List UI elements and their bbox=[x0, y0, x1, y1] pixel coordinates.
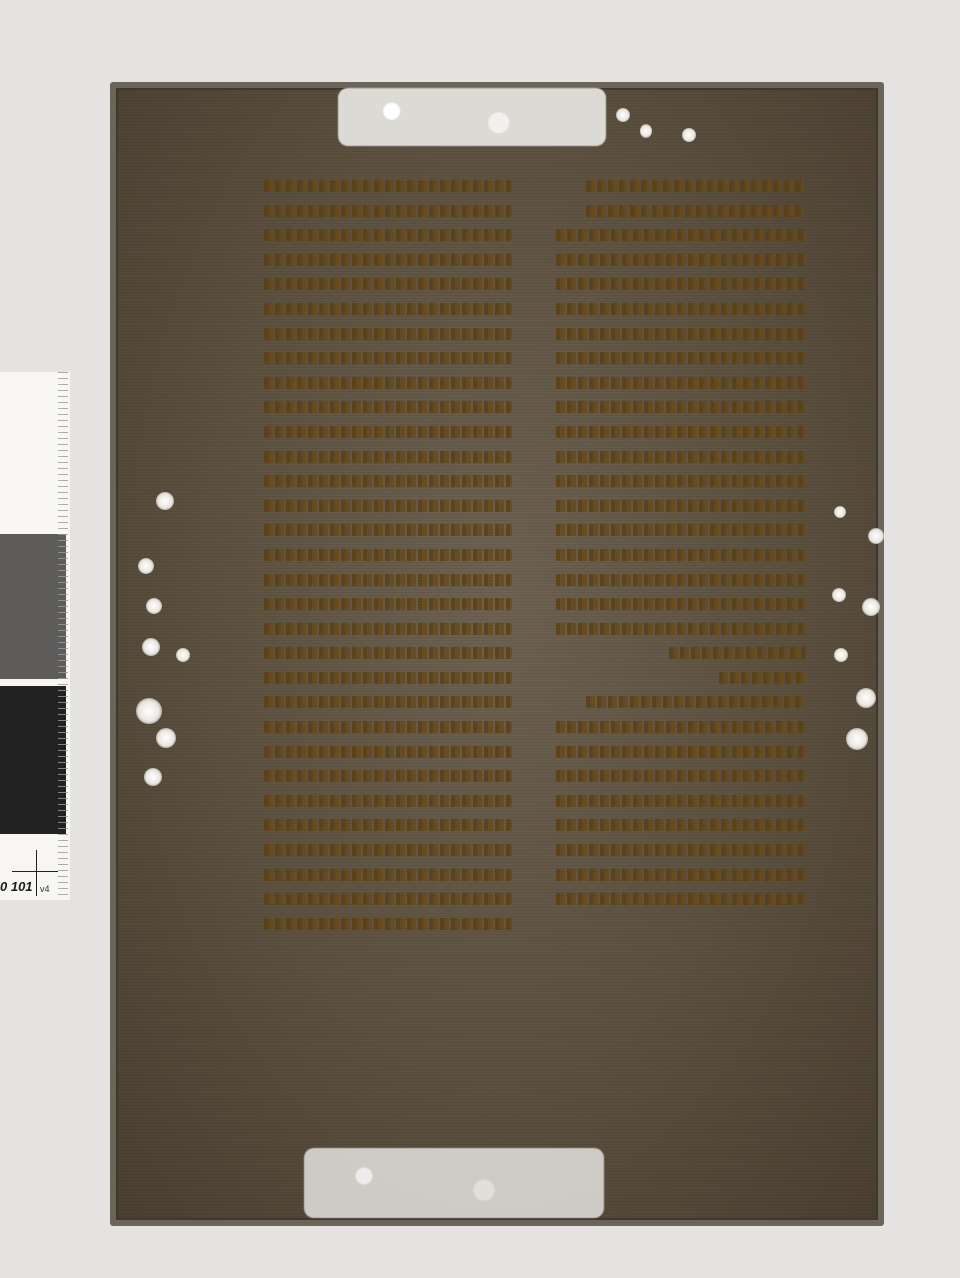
text-line bbox=[264, 401, 512, 413]
text-line bbox=[264, 377, 512, 389]
text-line bbox=[264, 303, 512, 315]
text-line bbox=[556, 795, 806, 807]
corrosion-spot bbox=[144, 768, 162, 786]
ruler-scale bbox=[58, 372, 68, 900]
text-line bbox=[264, 500, 512, 512]
corrosion-spot bbox=[176, 648, 190, 662]
text-line bbox=[264, 598, 512, 610]
text-line bbox=[264, 893, 512, 905]
text-line bbox=[556, 475, 806, 487]
corrosion-spot bbox=[640, 124, 652, 138]
text-line bbox=[264, 918, 512, 930]
text-line bbox=[264, 451, 512, 463]
text-line bbox=[264, 795, 512, 807]
text-line bbox=[264, 524, 512, 536]
corrosion-spot bbox=[156, 728, 176, 748]
corrosion-spot bbox=[862, 598, 880, 616]
text-line bbox=[264, 721, 512, 733]
text-line bbox=[264, 623, 512, 635]
text-line bbox=[264, 328, 512, 340]
corrosion-patch-bottom bbox=[304, 1148, 604, 1218]
text-line bbox=[556, 623, 806, 635]
corrosion-spot bbox=[138, 558, 154, 574]
text-line bbox=[264, 696, 512, 708]
text-line bbox=[586, 180, 806, 192]
grey-swatch bbox=[0, 534, 66, 679]
text-line bbox=[264, 426, 512, 438]
text-line bbox=[556, 574, 806, 586]
text-line bbox=[264, 229, 512, 241]
text-line bbox=[264, 819, 512, 831]
right-text-column bbox=[556, 180, 806, 918]
text-line bbox=[556, 254, 806, 266]
text-line bbox=[556, 352, 806, 364]
corrosion-spot bbox=[616, 108, 630, 122]
text-line bbox=[556, 303, 806, 315]
text-line bbox=[556, 721, 806, 733]
text-line bbox=[264, 205, 512, 217]
left-text-column bbox=[264, 180, 512, 942]
text-line bbox=[264, 352, 512, 364]
text-line bbox=[264, 475, 512, 487]
corrosion-spot bbox=[868, 528, 884, 544]
corrosion-spot bbox=[156, 492, 174, 510]
text-line bbox=[264, 647, 512, 659]
text-line bbox=[556, 229, 806, 241]
target-label: 0 101 bbox=[0, 879, 33, 894]
text-line bbox=[556, 819, 806, 831]
text-line bbox=[556, 893, 806, 905]
text-line bbox=[556, 746, 806, 758]
text-line bbox=[264, 844, 512, 856]
corrosion-spot bbox=[146, 598, 162, 614]
text-line bbox=[264, 672, 512, 684]
text-line bbox=[586, 205, 806, 217]
corrosion-spot bbox=[832, 588, 846, 602]
white-swatch bbox=[0, 372, 66, 534]
corrosion-spot bbox=[834, 648, 848, 662]
text-line bbox=[669, 647, 807, 659]
corrosion-spot bbox=[856, 688, 876, 708]
corrosion-spot bbox=[682, 128, 696, 142]
text-line bbox=[586, 696, 806, 708]
text-line bbox=[556, 524, 806, 536]
text-line bbox=[556, 426, 806, 438]
printing-plate bbox=[110, 82, 884, 1226]
text-line bbox=[264, 254, 512, 266]
crosshair-icon bbox=[36, 850, 37, 896]
text-line bbox=[719, 672, 807, 684]
text-line bbox=[264, 278, 512, 290]
text-line bbox=[264, 549, 512, 561]
text-line bbox=[556, 770, 806, 782]
corrosion-spot bbox=[846, 728, 868, 750]
text-line bbox=[556, 869, 806, 881]
text-line bbox=[264, 180, 512, 192]
corrosion-spot bbox=[136, 698, 162, 724]
text-line bbox=[264, 746, 512, 758]
corrosion-patch-top bbox=[338, 88, 606, 146]
text-line bbox=[556, 401, 806, 413]
text-line bbox=[556, 377, 806, 389]
text-line bbox=[556, 328, 806, 340]
text-line bbox=[264, 869, 512, 881]
text-line bbox=[556, 844, 806, 856]
text-line bbox=[556, 598, 806, 610]
corrosion-spot bbox=[142, 638, 160, 656]
text-line bbox=[556, 451, 806, 463]
corrosion-spot bbox=[834, 506, 846, 518]
text-line bbox=[264, 770, 512, 782]
text-line bbox=[556, 278, 806, 290]
text-line bbox=[264, 574, 512, 586]
crosshair-icon bbox=[12, 871, 58, 872]
text-line bbox=[556, 500, 806, 512]
target-version: v4 bbox=[40, 884, 50, 894]
text-line bbox=[556, 549, 806, 561]
calibration-target: 0 101 v4 bbox=[0, 372, 70, 900]
black-swatch bbox=[0, 686, 66, 834]
